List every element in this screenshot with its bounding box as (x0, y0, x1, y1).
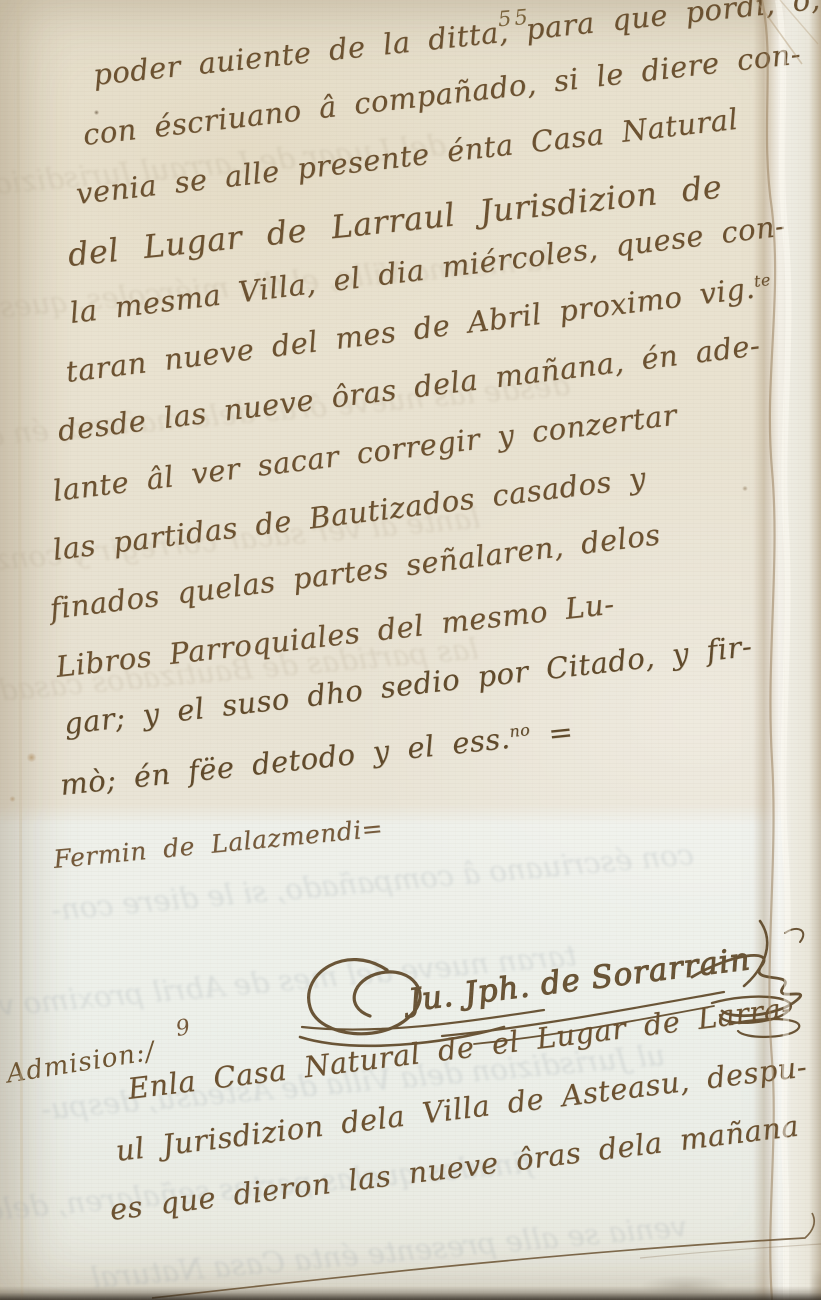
left-fold-line (18, 0, 22, 1300)
text-line-tail: = (547, 714, 575, 750)
ghost-line: taran nueve del mes de Abril proximo vig… (0, 938, 578, 1026)
signature-loop-icon (309, 960, 420, 1034)
scan-bottom-edge (0, 1286, 821, 1300)
superscript-no: no (508, 720, 531, 741)
ink-speck (94, 110, 99, 115)
foxing-spot (26, 753, 37, 762)
margin-ink-mark: 9 (174, 1015, 192, 1042)
foxing-spot (9, 796, 16, 802)
paper-torn-right-edge (753, 0, 821, 1300)
superscript-te: te (753, 270, 772, 291)
manuscript-page: del Lugar de Larraul Jurisdizion de la m… (0, 0, 821, 1300)
attestation-signature: Fermin de Lalazmendi= (52, 813, 384, 874)
ghost-line: venia se alle presente énta Casa Natural (90, 1209, 689, 1295)
foxing-spot (742, 486, 748, 491)
